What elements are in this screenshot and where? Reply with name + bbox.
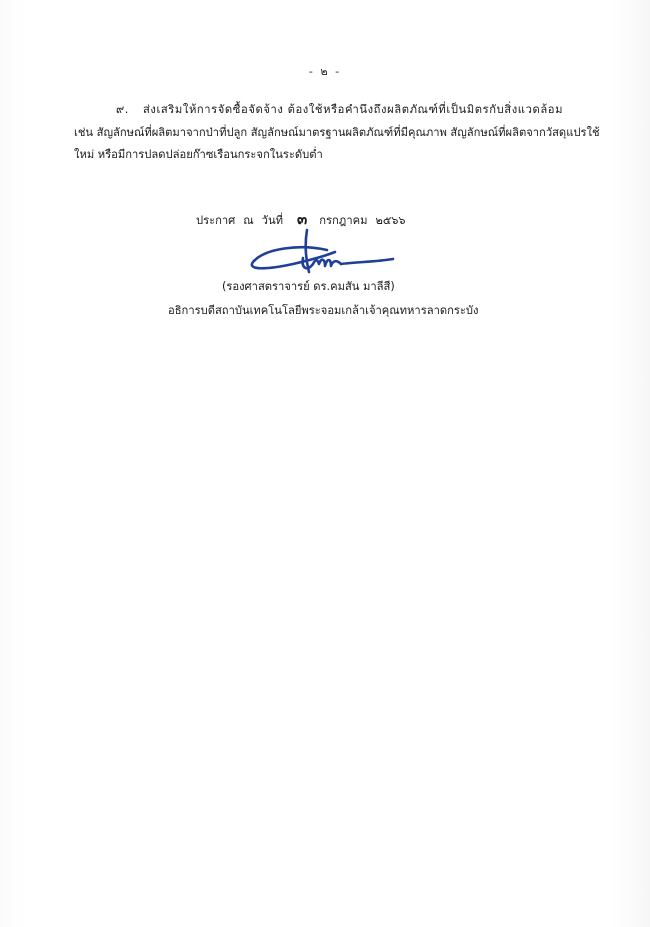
year-value: ๒๕๖๖ bbox=[375, 214, 405, 227]
clause-line-2: เช่น สัญลักษณ์ที่ผลิตมาจากป่าที่ปลูก สัญ… bbox=[74, 122, 614, 144]
page-number: - ๒ - bbox=[0, 62, 650, 80]
announcement-prefix: ประกาศ bbox=[196, 214, 235, 227]
signer-name: (รองศาสตราจารย์ ดร.คมสัน มาลีสี) bbox=[222, 277, 395, 295]
announcement-at: ณ bbox=[243, 214, 253, 227]
month-value: กรกฎาคม bbox=[319, 214, 367, 227]
clause-text-1: ส่งเสริมให้การจัดซื้อจัดจ้าง ต้องใช้หรือ… bbox=[143, 103, 563, 116]
clause-line-3: ใหม่ หรือมีการปลดปล่อยก๊าซเรือนกระจกในระ… bbox=[74, 144, 614, 166]
day-value: ๓ bbox=[297, 210, 307, 228]
day-label: วันที่ bbox=[262, 214, 283, 227]
clause-number: ๙. bbox=[116, 103, 129, 116]
document-page: - ๒ - ๙.ส่งเสริมให้การจัดซื้อจัดจ้าง ต้อ… bbox=[0, 0, 650, 927]
clause-line-1: ๙.ส่งเสริมให้การจัดซื้อจัดจ้าง ต้องใช้หร… bbox=[116, 99, 650, 121]
signature-icon bbox=[245, 228, 395, 278]
signer-title: อธิการบดีสถาบันเทคโนโลยีพระจอมเกล้าเจ้าค… bbox=[168, 301, 478, 319]
